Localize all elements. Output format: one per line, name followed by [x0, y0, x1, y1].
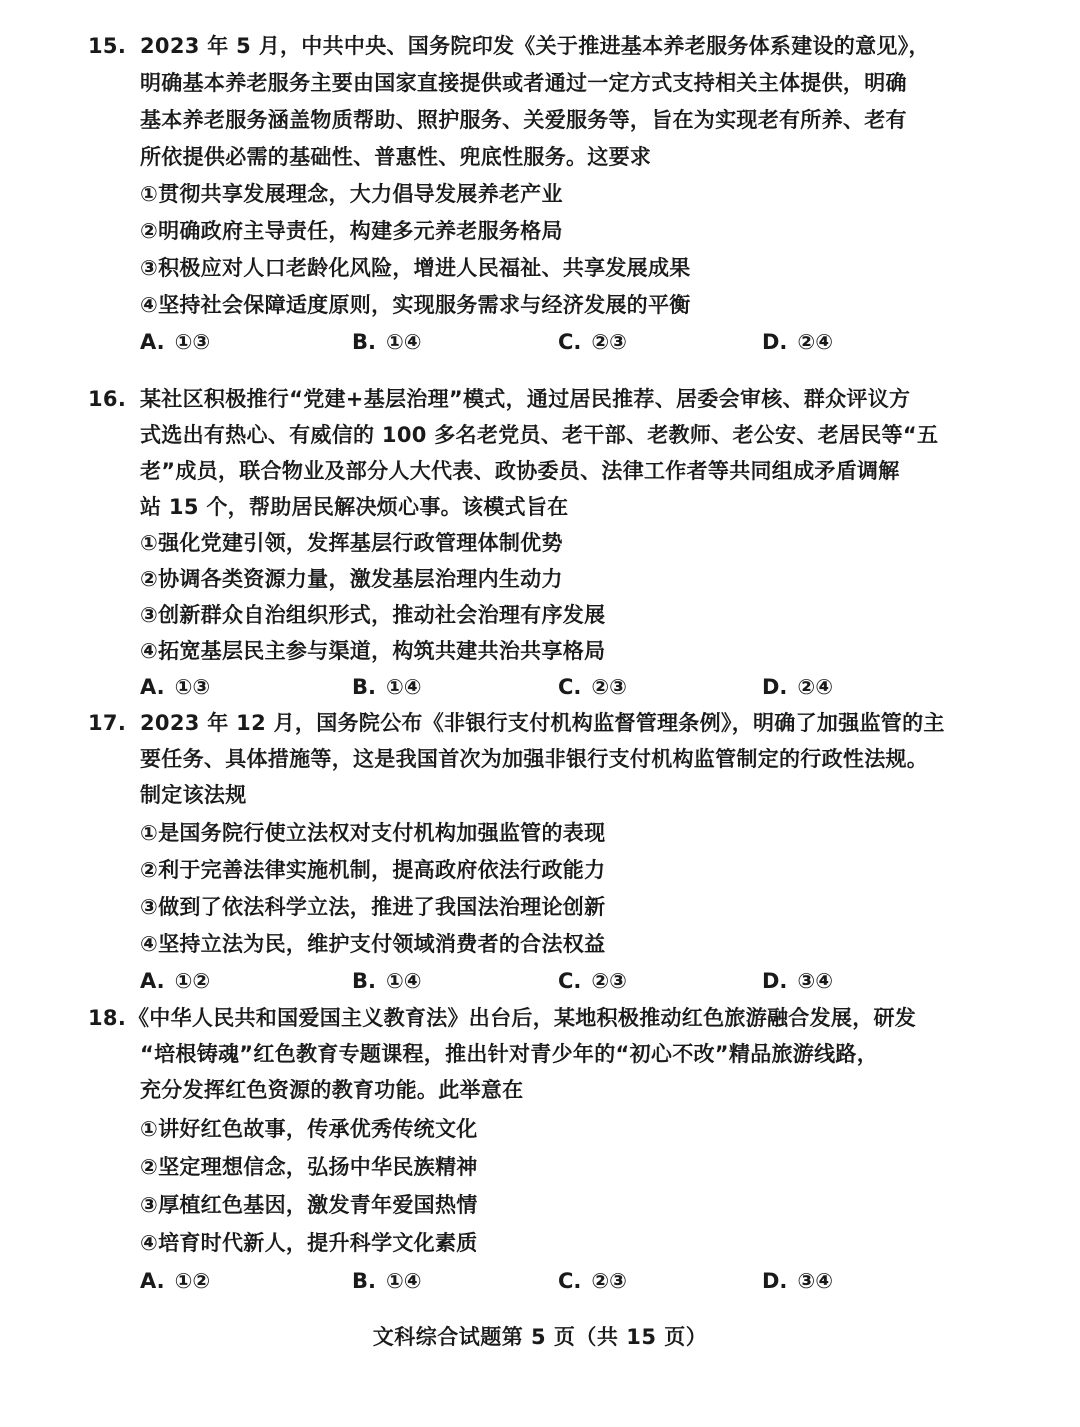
choice-letter: D.: [762, 1263, 787, 1300]
choice-c[interactable]: C.②③: [558, 963, 627, 1000]
statement-2: ②明确政府主导责任，构建多元养老服务格局: [140, 213, 563, 250]
statement-4: ④坚持立法为民，维护支付领域消费者的合法权益: [140, 926, 605, 963]
statement-4: ④拓宽基层民主参与渠道，构筑共建共治共享格局: [140, 633, 605, 670]
choice-c[interactable]: C.②③: [558, 669, 627, 706]
question-stem-line: 制定该法规: [140, 777, 247, 814]
statement-1: ①讲好红色故事，传承优秀传统文化: [140, 1111, 478, 1148]
choice-d[interactable]: D.②④: [762, 669, 833, 706]
choice-letter: B.: [352, 963, 376, 1000]
question-stem-line: 要任务、具体措施等，这是我国首次为加强非银行支付机构监管制定的行政性法规。: [140, 741, 928, 778]
choice-letter: C.: [558, 324, 581, 361]
question-stem-line: 基本养老服务涵盖物质帮助、照护服务、关爱服务等，旨在为实现老有所养、老有: [140, 102, 907, 139]
question-stem-line: 2023 年 12 月，国务院公布《非银行支付机构监督管理条例》，明确了加强监管…: [140, 705, 945, 742]
choice-value: ②③: [591, 969, 627, 993]
choice-value: ②③: [591, 675, 627, 699]
choice-value: ②④: [797, 330, 833, 354]
exam-page: 15. 2023 年 5 月，中共中央、国务院印发《关于推进基本养老服务体系建设…: [0, 0, 1080, 1427]
choice-letter: B.: [352, 324, 376, 361]
choice-b[interactable]: B.①④: [352, 669, 422, 706]
choice-letter: D.: [762, 324, 787, 361]
choice-letter: A.: [140, 324, 165, 361]
choice-letter: B.: [352, 669, 376, 706]
question-stem-line: 明确基本养老服务主要由国家直接提供或者通过一定方式支持相关主体提供，明确: [140, 65, 907, 102]
choice-letter: C.: [558, 669, 581, 706]
choice-value: ②③: [591, 1269, 627, 1293]
choice-letter: C.: [558, 1263, 581, 1300]
answer-choices: A.①② B.①④ C.②③ D.③④: [140, 963, 960, 1000]
question-stem-line: 式选出有热心、有威信的 100 多名老党员、老干部、老教师、老公安、老居民等“五: [140, 417, 938, 454]
question-stem-line: 站 15 个，帮助居民解决烦心事。该模式旨在: [140, 489, 568, 526]
choice-letter: A.: [140, 669, 165, 706]
choice-d[interactable]: D.③④: [762, 1263, 833, 1300]
choice-b[interactable]: B.①④: [352, 324, 422, 361]
choice-d[interactable]: D.③④: [762, 963, 833, 1000]
choice-a[interactable]: A.①②: [140, 963, 210, 1000]
question-stem-line: 2023 年 5 月，中共中央、国务院印发《关于推进基本养老服务体系建设的意见》…: [140, 28, 930, 65]
answer-choices: A.①③ B.①④ C.②③ D.②④: [140, 324, 960, 361]
question-stem-line: 《中华人民共和国爱国主义教育法》出台后，某地积极推动红色旅游融合发展，研发: [128, 1000, 916, 1037]
page-footer: 文科综合试题第 5 页（共 15 页）: [0, 1321, 1080, 1351]
choice-value: ①④: [386, 1269, 422, 1293]
choice-letter: A.: [140, 1263, 165, 1300]
choice-d[interactable]: D.②④: [762, 324, 833, 361]
statement-4: ④坚持社会保障适度原则，实现服务需求与经济发展的平衡: [140, 287, 691, 324]
question-number: 18.: [88, 1000, 126, 1037]
choice-letter: C.: [558, 963, 581, 1000]
choice-value: ①③: [175, 330, 211, 354]
choice-b[interactable]: B.①④: [352, 1263, 422, 1300]
statement-4: ④培育时代新人，提升科学文化素质: [140, 1225, 478, 1262]
choice-letter: B.: [352, 1263, 376, 1300]
answer-choices: A.①② B.①④ C.②③ D.③④: [140, 1263, 960, 1300]
choice-b[interactable]: B.①④: [352, 963, 422, 1000]
statement-1: ①强化党建引领，发挥基层行政管理体制优势: [140, 525, 563, 562]
choice-value: ③④: [797, 969, 833, 993]
statement-1: ①贯彻共享发展理念，大力倡导发展养老产业: [140, 176, 563, 213]
choice-a[interactable]: A.①②: [140, 1263, 210, 1300]
choice-value: ①④: [386, 675, 422, 699]
question-number: 15.: [88, 28, 126, 65]
choice-letter: D.: [762, 963, 787, 1000]
choice-value: ①②: [175, 1269, 211, 1293]
statement-2: ②坚定理想信念，弘扬中华民族精神: [140, 1149, 478, 1186]
choice-value: ②③: [591, 330, 627, 354]
choice-a[interactable]: A.①③: [140, 669, 210, 706]
statement-1: ①是国务院行使立法权对支付机构加强监管的表现: [140, 815, 605, 852]
choice-value: ①④: [386, 330, 422, 354]
choice-c[interactable]: C.②③: [558, 324, 627, 361]
question-stem-line: 老”成员，联合物业及部分人大代表、政协委员、法律工作者等共同组成矛盾调解: [140, 453, 900, 490]
statement-3: ③积极应对人口老龄化风险，增进人民福祉、共享发展成果: [140, 250, 691, 287]
statement-2: ②利于完善法律实施机制，提高政府依法行政能力: [140, 852, 605, 889]
choice-letter: D.: [762, 669, 787, 706]
choice-value: ②④: [797, 675, 833, 699]
choice-value: ①④: [386, 969, 422, 993]
choice-c[interactable]: C.②③: [558, 1263, 627, 1300]
choice-letter: A.: [140, 963, 165, 1000]
question-stem-line: 充分发挥红色资源的教育功能。此举意在: [140, 1072, 523, 1109]
question-stem-line: 所依提供必需的基础性、普惠性、兜底性服务。这要求: [140, 139, 651, 176]
question-number: 17.: [88, 705, 126, 742]
statement-3: ③做到了依法科学立法，推进了我国法治理论创新: [140, 889, 605, 926]
choice-value: ③④: [797, 1269, 833, 1293]
choice-value: ①③: [175, 675, 211, 699]
choice-a[interactable]: A.①③: [140, 324, 210, 361]
question-stem-line: “培根铸魂”红色教育专题课程，推出针对青少年的“初心不改”精品旅游线路，: [140, 1036, 878, 1073]
question-number: 16.: [88, 381, 126, 418]
statement-3: ③厚植红色基因，激发青年爱国热情: [140, 1187, 478, 1224]
choice-value: ①②: [175, 969, 211, 993]
question-stem-line: 某社区积极推行“党建+基层治理”模式，通过居民推荐、居委会审核、群众评议方: [140, 381, 910, 418]
statement-3: ③创新群众自治组织形式，推动社会治理有序发展: [140, 597, 605, 634]
answer-choices: A.①③ B.①④ C.②③ D.②④: [140, 669, 960, 706]
statement-2: ②协调各类资源力量，激发基层治理内生动力: [140, 561, 563, 598]
